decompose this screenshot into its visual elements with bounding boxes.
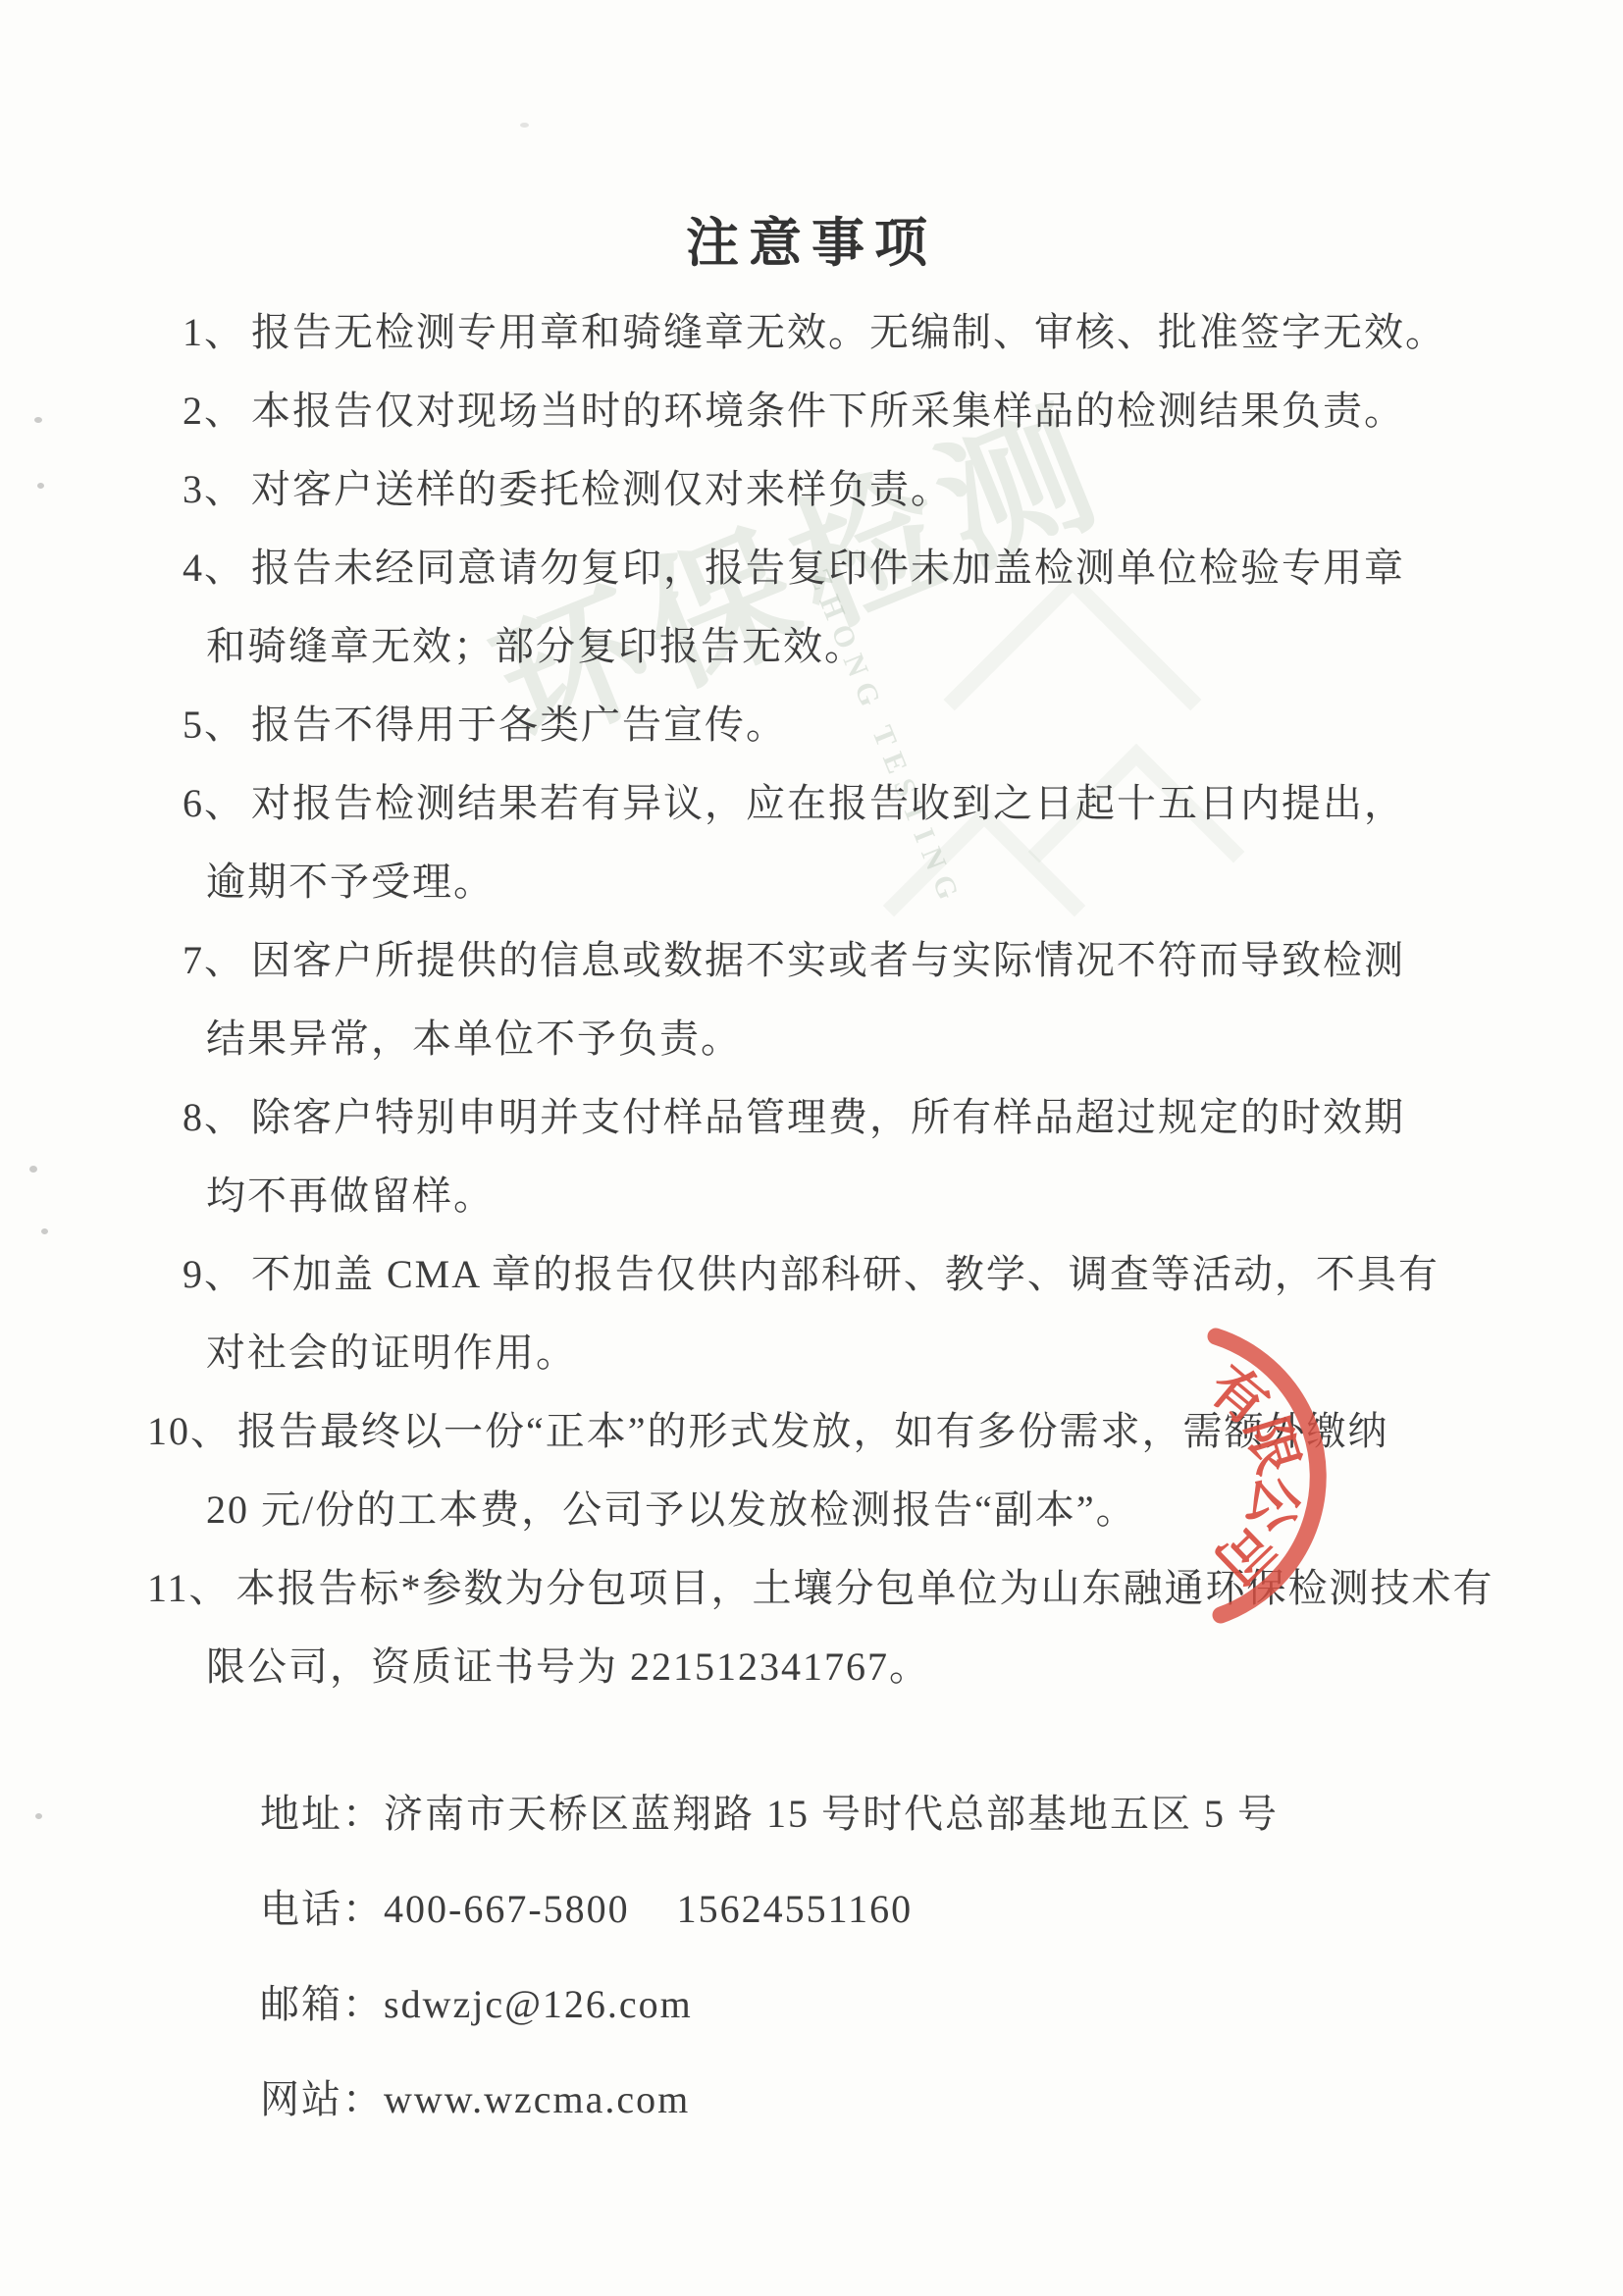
note-line: 1、报告无检测专用章和骑缝章无效。无编制、审核、批准签字无效。 <box>183 293 1515 372</box>
note-line: 2、本报告仅对现场当时的环境条件下所采集样品的检测结果负责。 <box>183 372 1515 450</box>
note-number: 5、 <box>183 703 245 747</box>
note-line: 3、对客户送样的委托检测仅对来样负责。 <box>183 450 1515 529</box>
contact-value: www.wzcma.com <box>384 2077 690 2121</box>
scan-speck <box>520 123 529 128</box>
contact-label: 电话： <box>260 1887 384 1931</box>
notes-list: 1、报告无检测专用章和骑缝章无效。无编制、审核、批准签字无效。2、本报告仅对现场… <box>147 293 1515 1706</box>
note-text: 对报告检测结果若有异议，应在报告收到之日起十五日内提出， <box>251 781 1405 825</box>
note-text: 限公司，资质证书号为 221512341767。 <box>206 1644 930 1689</box>
note-number: 10、 <box>147 1409 232 1453</box>
note-text: 对社会的证明作用。 <box>206 1331 577 1375</box>
contact-row: 地址：济南市天桥区蓝翔路 15 号时代总部基地五区 5 号 <box>260 1766 1515 1861</box>
note-line: 结果异常，本单位不予负责。 <box>206 1000 1515 1078</box>
note-text: 因客户所提供的信息或数据不实或者与实际情况不符而导致检测 <box>251 938 1405 982</box>
note-line: 7、因客户所提供的信息或数据不实或者与实际情况不符而导致检测 <box>183 921 1515 1000</box>
note-number: 8、 <box>183 1095 245 1139</box>
note-text: 报告未经同意请勿复印，报告复印件未加盖检测单位检验专用章 <box>251 546 1405 590</box>
note-number: 7、 <box>183 938 245 982</box>
note-text: 和骑缝章无效；部分复印报告无效。 <box>206 624 865 668</box>
contact-label: 地址： <box>260 1792 384 1836</box>
scan-speck <box>41 1228 48 1234</box>
contact-label: 邮箱： <box>260 1982 384 2026</box>
note-line: 逾期不予受理。 <box>206 843 1515 921</box>
note-line: 对社会的证明作用。 <box>206 1314 1515 1392</box>
scan-speck <box>34 417 42 423</box>
note-line: 8、除客户特别申明并支付样品管理费，所有样品超过规定的时效期 <box>183 1078 1515 1157</box>
document-page: 环保检测 ZHONG TESTING 注意事项 1、报告无检测专用章和骑缝章无效… <box>0 0 1623 2296</box>
scan-speck <box>35 1813 42 1819</box>
note-line: 10、报告最终以一份“正本”的形式发放，如有多份需求，需额外缴纳 <box>147 1392 1515 1471</box>
note-text: 报告无检测专用章和骑缝章无效。无编制、审核、批准签字无效。 <box>251 310 1446 354</box>
note-text: 报告最终以一份“正本”的形式发放，如有多份需求，需额外缴纳 <box>237 1409 1389 1453</box>
note-line: 5、报告不得用于各类广告宣传。 <box>183 686 1515 764</box>
contact-row: 邮箱：sdwzjc@126.com <box>260 1957 1515 2052</box>
note-text: 本报告标*参数为分包项目，土壤分包单位为山东融通环保检测技术有 <box>236 1566 1494 1610</box>
note-text: 本报告仅对现场当时的环境条件下所采集样品的检测结果负责。 <box>251 389 1405 433</box>
note-number: 6、 <box>183 781 245 825</box>
contact-value: sdwzjc@126.com <box>384 1982 693 2026</box>
note-line: 和骑缝章无效；部分复印报告无效。 <box>206 607 1515 686</box>
note-number: 9、 <box>183 1252 245 1296</box>
scan-speck <box>37 483 44 489</box>
note-line: 20 元/份的工本费，公司予以发放检测报告“副本”。 <box>206 1471 1515 1549</box>
note-line: 限公司，资质证书号为 221512341767。 <box>206 1628 1515 1706</box>
note-text: 报告不得用于各类广告宣传。 <box>251 703 787 747</box>
note-number: 4、 <box>183 546 245 590</box>
contact-row: 网站：www.wzcma.com <box>260 2052 1515 2147</box>
note-number: 1、 <box>183 310 245 354</box>
note-number: 3、 <box>183 467 245 511</box>
note-text: 均不再做留样。 <box>206 1174 495 1218</box>
note-text: 结果异常，本单位不予负责。 <box>206 1017 742 1061</box>
note-line: 6、对报告检测结果若有异议，应在报告收到之日起十五日内提出， <box>183 764 1515 843</box>
contact-block: 地址：济南市天桥区蓝翔路 15 号时代总部基地五区 5 号电话：400-667-… <box>260 1766 1515 2147</box>
note-text: 不加盖 CMA 章的报告仅供内部科研、教学、调查等活动，不具有 <box>251 1252 1440 1296</box>
note-number: 2、 <box>183 389 245 433</box>
note-number: 11、 <box>147 1566 231 1610</box>
note-text: 对客户送样的委托检测仅对来样负责。 <box>251 467 952 511</box>
contact-value: 济南市天桥区蓝翔路 15 号时代总部基地五区 5 号 <box>384 1792 1279 1836</box>
note-text: 除客户特别申明并支付样品管理费，所有样品超过规定的时效期 <box>251 1095 1405 1139</box>
page-title: 注意事项 <box>0 201 1623 277</box>
contact-row: 电话：400-667-5800 15624551160 <box>260 1861 1515 1957</box>
contact-label: 网站： <box>260 2077 384 2121</box>
note-text: 逾期不予受理。 <box>206 860 495 904</box>
note-line: 11、本报告标*参数为分包项目，土壤分包单位为山东融通环保检测技术有 <box>147 1549 1515 1628</box>
note-text: 20 元/份的工本费，公司予以发放检测报告“副本”。 <box>206 1487 1137 1532</box>
note-line: 均不再做留样。 <box>206 1157 1515 1235</box>
note-line: 9、不加盖 CMA 章的报告仅供内部科研、教学、调查等活动，不具有 <box>183 1235 1515 1314</box>
contact-value: 400-667-5800 15624551160 <box>384 1887 913 1931</box>
note-line: 4、报告未经同意请勿复印，报告复印件未加盖检测单位检验专用章 <box>183 529 1515 607</box>
scan-speck <box>29 1166 37 1173</box>
